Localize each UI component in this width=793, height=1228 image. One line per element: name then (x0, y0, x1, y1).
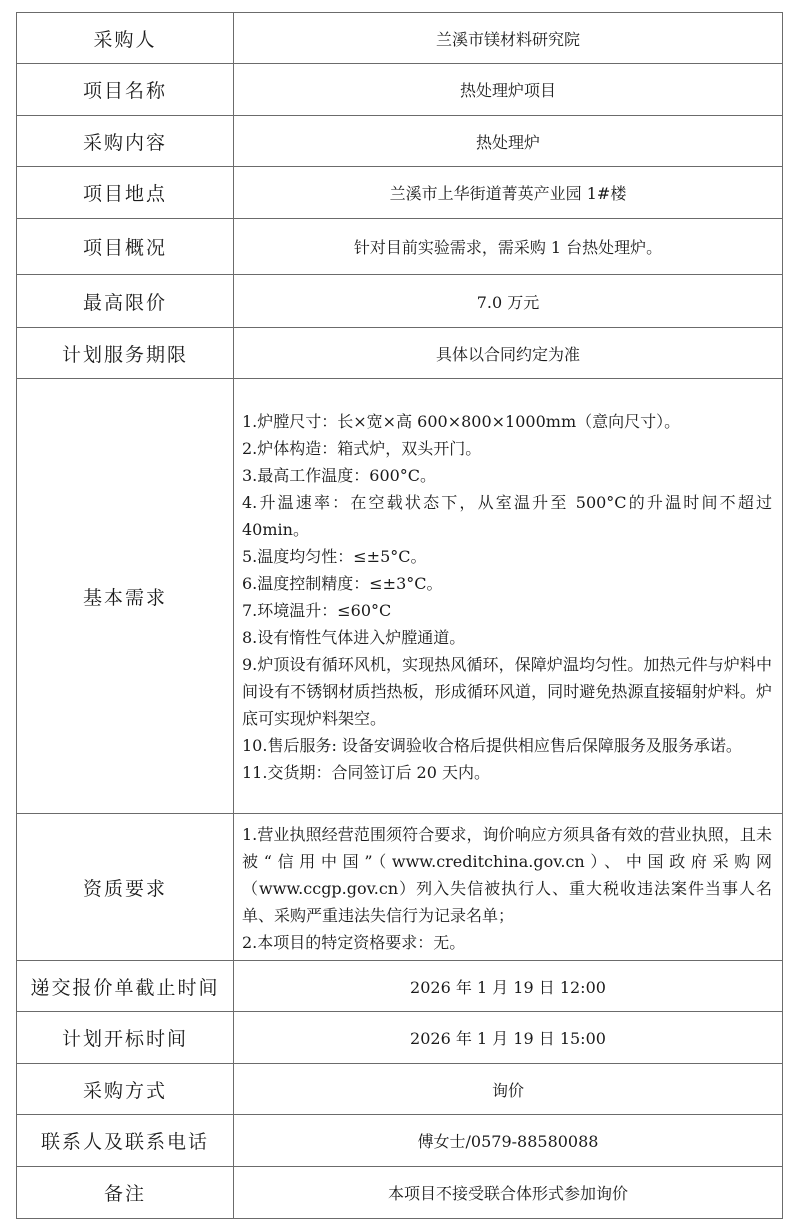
procurement-info-table: 采购人 兰溪市镁材料研究院 项目名称 热处理炉项目 采购内容 热处理炉 项目地点… (16, 12, 783, 1219)
qualification-item: 1.营业执照经营范围须符合要求，询价响应方须具备有效的营业执照，且未被“信用中国… (242, 821, 772, 929)
row-max-price: 最高限价 7.0 万元 (17, 275, 783, 328)
qualification-item: 2.本项目的特定资格要求：无。 (242, 929, 772, 956)
requirement-item: 2.炉体构造：箱式炉，双头开门。 (242, 435, 772, 462)
value-max-price: 7.0 万元 (234, 275, 783, 328)
row-procurement-content: 采购内容 热处理炉 (17, 116, 783, 167)
value-purchaser: 兰溪市镁材料研究院 (234, 13, 783, 64)
requirement-item: 10.售后服务: 设备安调验收合格后提供相应售后保障服务及服务承诺。 (242, 732, 772, 759)
requirement-item: 8.设有惰性气体进入炉膛通道。 (242, 624, 772, 651)
value-procurement-method: 询价 (234, 1064, 783, 1115)
label-bid-opening-time: 计划开标时间 (17, 1012, 234, 1064)
label-remarks: 备注 (17, 1167, 234, 1219)
row-project-overview: 项目概况 针对目前实验需求，需采购 1 台热处理炉。 (17, 219, 783, 275)
value-contact: 傅女士/0579-88580088 (234, 1115, 783, 1167)
label-procurement-method: 采购方式 (17, 1064, 234, 1115)
label-contact: 联系人及联系电话 (17, 1115, 234, 1167)
value-quote-deadline: 2026 年 1 月 19 日 12:00 (234, 961, 783, 1012)
requirement-item: 3.最高工作温度：600°C。 (242, 462, 772, 489)
row-qualification-requirements: 资质要求 1.营业执照经营范围须符合要求，询价响应方须具备有效的营业执照，且未被… (17, 814, 783, 961)
label-project-overview: 项目概况 (17, 219, 234, 275)
label-project-location: 项目地点 (17, 167, 234, 219)
value-procurement-content: 热处理炉 (234, 116, 783, 167)
label-purchaser: 采购人 (17, 13, 234, 64)
row-quote-deadline: 递交报价单截止时间 2026 年 1 月 19 日 12:00 (17, 961, 783, 1012)
requirement-item: 7.环境温升：≤60°C (242, 597, 772, 624)
value-qualification-requirements: 1.营业执照经营范围须符合要求，询价响应方须具备有效的营业执照，且未被“信用中国… (234, 814, 783, 961)
row-bid-opening-time: 计划开标时间 2026 年 1 月 19 日 15:00 (17, 1012, 783, 1064)
row-contact: 联系人及联系电话 傅女士/0579-88580088 (17, 1115, 783, 1167)
row-purchaser: 采购人 兰溪市镁材料研究院 (17, 13, 783, 64)
value-project-name: 热处理炉项目 (234, 64, 783, 116)
label-max-price: 最高限价 (17, 275, 234, 328)
label-project-name: 项目名称 (17, 64, 234, 116)
value-basic-requirements: 1.炉膛尺寸：长×宽×高 600×800×1000mm（意向尺寸）。 2.炉体构… (234, 379, 783, 814)
requirement-item: 6.温度控制精度：≤±3°C。 (242, 570, 772, 597)
requirement-item: 11.交货期：合同签订后 20 天内。 (242, 759, 772, 786)
row-procurement-method: 采购方式 询价 (17, 1064, 783, 1115)
row-remarks: 备注 本项目不接受联合体形式参加询价 (17, 1167, 783, 1219)
row-basic-requirements: 基本需求 1.炉膛尺寸：长×宽×高 600×800×1000mm（意向尺寸）。 … (17, 379, 783, 814)
label-qualification-requirements: 资质要求 (17, 814, 234, 961)
row-project-name: 项目名称 热处理炉项目 (17, 64, 783, 116)
value-project-location: 兰溪市上华街道菁英产业园 1#楼 (234, 167, 783, 219)
value-project-overview: 针对目前实验需求，需采购 1 台热处理炉。 (234, 219, 783, 275)
label-basic-requirements: 基本需求 (17, 379, 234, 814)
label-procurement-content: 采购内容 (17, 116, 234, 167)
requirement-item: 9.炉顶设有循环风机，实现热风循环，保障炉温均匀性。加热元件与炉料中间设有不锈钢… (242, 651, 772, 732)
value-remarks: 本项目不接受联合体形式参加询价 (234, 1167, 783, 1219)
requirement-item: 5.温度均匀性：≤±5°C。 (242, 543, 772, 570)
requirement-item: 4.升温速率：在空载状态下，从室温升至 500°C的升温时间不超过 40min。 (242, 489, 772, 543)
row-service-period: 计划服务期限 具体以合同约定为准 (17, 328, 783, 379)
label-quote-deadline: 递交报价单截止时间 (17, 961, 234, 1012)
row-project-location: 项目地点 兰溪市上华街道菁英产业园 1#楼 (17, 167, 783, 219)
label-service-period: 计划服务期限 (17, 328, 234, 379)
requirement-item: 1.炉膛尺寸：长×宽×高 600×800×1000mm（意向尺寸）。 (242, 408, 772, 435)
value-bid-opening-time: 2026 年 1 月 19 日 15:00 (234, 1012, 783, 1064)
value-service-period: 具体以合同约定为准 (234, 328, 783, 379)
